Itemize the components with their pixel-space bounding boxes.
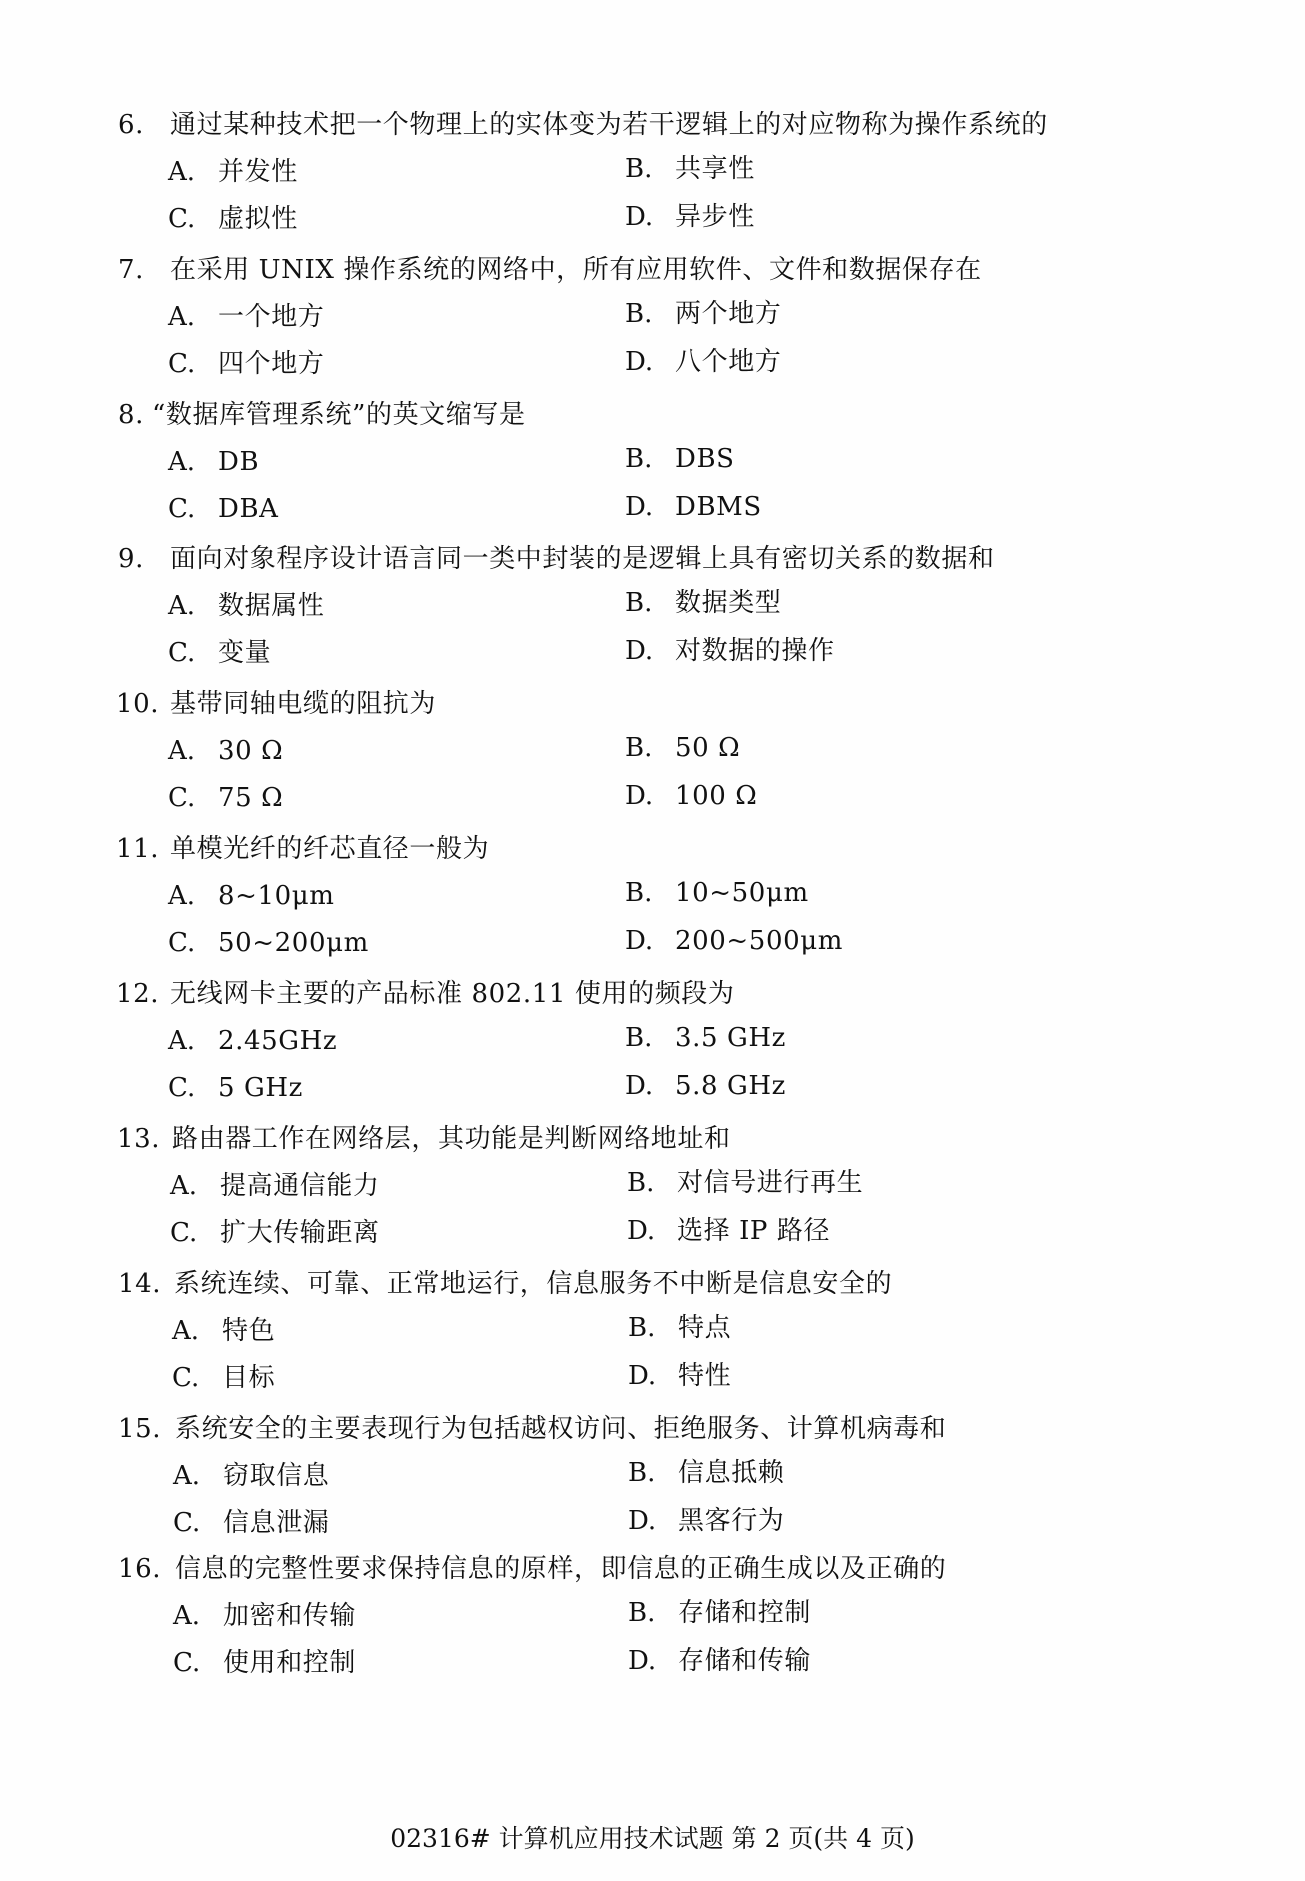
- option-text: 异步性: [675, 197, 755, 237]
- option-text: DB: [218, 442, 259, 482]
- option-letter: B.: [625, 583, 675, 623]
- question-10: 10. 基带同轴电缆的阻抗为 A.30 Ω B.50 Ω C.75 Ω D.10…: [0, 684, 1305, 829]
- option-c: C.虚拟性: [168, 199, 298, 239]
- option-d: D.异步性: [625, 197, 755, 237]
- question-7: 7. 在采用 UNIX 操作系统的网络中，所有应用软件、文件和数据保存在 A.一…: [0, 250, 1305, 395]
- option-letter: D.: [625, 776, 675, 816]
- option-letter: A.: [172, 1311, 222, 1351]
- option-d: D.DBMS: [625, 487, 762, 527]
- option-letter: B.: [627, 1163, 677, 1203]
- option-text: 目标: [222, 1358, 275, 1398]
- option-text: 50 Ω: [675, 728, 740, 768]
- question-number: 16.: [118, 1549, 168, 1589]
- option-text: 选择 IP 路径: [677, 1211, 830, 1251]
- option-c: C.四个地方: [168, 344, 324, 384]
- option-d: D.选择 IP 路径: [627, 1211, 830, 1251]
- option-text: 窃取信息: [223, 1456, 329, 1496]
- option-c: C.5 GHz: [168, 1068, 303, 1108]
- option-letter: A.: [168, 876, 218, 916]
- option-text: 对信号进行再生: [677, 1163, 863, 1203]
- option-letter: B.: [625, 439, 675, 479]
- option-letter: C.: [172, 1358, 222, 1398]
- option-a: A.并发性: [168, 152, 298, 192]
- option-b: B.特点: [628, 1308, 731, 1348]
- option-letter: D.: [625, 631, 675, 671]
- option-text: 5 GHz: [218, 1068, 303, 1108]
- option-a: A.窃取信息: [173, 1456, 329, 1496]
- question-number: 14.: [118, 1264, 168, 1304]
- option-d: D.对数据的操作: [625, 631, 835, 671]
- question-8: 8. “数据库管理系统”的英文缩写是 A.DB B.DBS C.DBA D.DB…: [0, 395, 1305, 540]
- option-letter: D.: [625, 487, 675, 527]
- option-letter: C.: [168, 199, 218, 239]
- option-text: 对数据的操作: [675, 631, 835, 671]
- question-text: “数据库管理系统”的英文缩写是: [152, 395, 526, 435]
- question-number: 13.: [117, 1119, 167, 1159]
- question-12: 12. 无线网卡主要的产品标准 802.11 使用的频段为 A.2.45GHz …: [0, 974, 1305, 1119]
- question-number: 6.: [118, 105, 162, 145]
- option-text: 数据类型: [675, 583, 781, 623]
- option-c: C.扩大传输距离: [170, 1213, 380, 1253]
- option-a: A.提高通信能力: [170, 1166, 380, 1206]
- option-letter: B.: [625, 873, 675, 913]
- option-a: A.2.45GHz: [168, 1021, 337, 1061]
- option-c: C.使用和控制: [173, 1643, 356, 1683]
- option-c: C.变量: [168, 633, 271, 673]
- option-letter: A.: [168, 586, 218, 626]
- question-text: 在采用 UNIX 操作系统的网络中，所有应用软件、文件和数据保存在: [170, 250, 982, 290]
- option-text: 100 Ω: [675, 776, 757, 816]
- question-text: 系统安全的主要表现行为包括越权访问、拒绝服务、计算机病毒和: [175, 1409, 946, 1449]
- option-text: 5.8 GHz: [675, 1066, 786, 1106]
- option-b: B.共享性: [625, 149, 755, 189]
- option-b: B.信息抵赖: [628, 1453, 784, 1493]
- option-letter: C.: [168, 1068, 218, 1108]
- option-c: C.50~200μm: [168, 923, 369, 963]
- option-text: 四个地方: [218, 344, 324, 384]
- question-number: 11.: [116, 829, 166, 869]
- option-letter: A.: [168, 1021, 218, 1061]
- option-text: 特色: [222, 1311, 275, 1351]
- option-d: D.存储和传输: [628, 1641, 811, 1681]
- option-a: A.数据属性: [168, 586, 324, 626]
- question-11: 11. 单模光纤的纤芯直径一般为 A.8~10μm B.10~50μm C.50…: [0, 829, 1305, 974]
- option-letter: C.: [173, 1643, 223, 1683]
- option-letter: D.: [625, 342, 675, 382]
- option-text: 提高通信能力: [220, 1166, 380, 1206]
- option-text: 使用和控制: [223, 1643, 356, 1683]
- page-footer: 02316# 计算机应用技术试题 第 2 页(共 4 页): [0, 1820, 1305, 1858]
- option-text: 特点: [678, 1308, 731, 1348]
- question-text: 面向对象程序设计语言同一类中封装的是逻辑上具有密切关系的数据和: [170, 539, 995, 579]
- option-letter: A.: [168, 731, 218, 771]
- option-b: B.10~50μm: [625, 873, 809, 913]
- option-letter: D.: [628, 1501, 678, 1541]
- question-text: 系统连续、可靠、正常地运行，信息服务不中断是信息安全的: [174, 1264, 892, 1304]
- option-letter: B.: [628, 1453, 678, 1493]
- option-letter: B.: [625, 1018, 675, 1058]
- option-letter: C.: [168, 923, 218, 963]
- exam-page: 6. 通过某种技术把一个物理上的实体变为若干逻辑上的对应物称为操作系统的 A.并…: [0, 0, 1305, 1881]
- option-text: 加密和传输: [223, 1596, 356, 1636]
- option-letter: B.: [628, 1593, 678, 1633]
- option-text: 50~200μm: [218, 923, 369, 963]
- option-letter: B.: [625, 728, 675, 768]
- option-text: 30 Ω: [218, 731, 283, 771]
- option-letter: C.: [168, 489, 218, 529]
- option-text: 信息泄漏: [223, 1503, 329, 1543]
- option-letter: A.: [170, 1166, 220, 1206]
- option-text: 存储和控制: [678, 1593, 811, 1633]
- option-text: 共享性: [675, 149, 755, 189]
- question-text: 单模光纤的纤芯直径一般为: [170, 829, 489, 869]
- option-letter: D.: [628, 1641, 678, 1681]
- option-text: 10~50μm: [675, 873, 809, 913]
- option-text: 两个地方: [675, 294, 781, 334]
- option-letter: C.: [168, 633, 218, 673]
- question-14: 14. 系统连续、可靠、正常地运行，信息服务不中断是信息安全的 A.特色 B.特…: [0, 1264, 1305, 1409]
- option-a: A.30 Ω: [168, 731, 283, 771]
- question-13: 13. 路由器工作在网络层，其功能是判断网络地址和 A.提高通信能力 B.对信号…: [0, 1119, 1305, 1264]
- option-letter: C.: [170, 1213, 220, 1253]
- option-letter: A.: [173, 1456, 223, 1496]
- question-text: 信息的完整性要求保持信息的原样，即信息的正确生成以及正确的: [175, 1549, 946, 1589]
- option-letter: B.: [625, 294, 675, 334]
- option-letter: A.: [168, 297, 218, 337]
- option-letter: C.: [168, 778, 218, 818]
- option-a: A.DB: [168, 442, 259, 482]
- option-letter: B.: [625, 149, 675, 189]
- option-text: DBMS: [675, 487, 762, 527]
- option-text: 3.5 GHz: [675, 1018, 786, 1058]
- option-text: 8~10μm: [218, 876, 335, 916]
- option-d: D.黑客行为: [628, 1501, 784, 1541]
- option-text: 特性: [678, 1356, 731, 1396]
- option-b: B.3.5 GHz: [625, 1018, 786, 1058]
- option-text: 数据属性: [218, 586, 324, 626]
- option-c: C.DBA: [168, 489, 279, 529]
- question-number: 10.: [116, 684, 166, 724]
- option-letter: A.: [168, 442, 218, 482]
- question-9: 9. 面向对象程序设计语言同一类中封装的是逻辑上具有密切关系的数据和 A.数据属…: [0, 539, 1305, 684]
- question-number: 9.: [118, 539, 162, 579]
- option-text: DBA: [218, 489, 279, 529]
- option-text: DBS: [675, 439, 735, 479]
- option-c: C.目标: [172, 1358, 275, 1398]
- question-16: 16. 信息的完整性要求保持信息的原样，即信息的正确生成以及正确的 A.加密和传…: [0, 1549, 1305, 1694]
- question-text: 无线网卡主要的产品标准 802.11 使用的频段为: [170, 974, 735, 1014]
- question-text: 路由器工作在网络层，其功能是判断网络地址和: [172, 1119, 731, 1159]
- option-a: A.加密和传输: [173, 1596, 356, 1636]
- question-text: 基带同轴电缆的阻抗为: [170, 684, 436, 724]
- option-text: 一个地方: [218, 297, 324, 337]
- option-text: 黑客行为: [678, 1501, 784, 1541]
- option-letter: D.: [625, 921, 675, 961]
- option-b: B.50 Ω: [625, 728, 740, 768]
- option-d: D.5.8 GHz: [625, 1066, 786, 1106]
- option-b: B.对信号进行再生: [627, 1163, 863, 1203]
- option-b: B.数据类型: [625, 583, 781, 623]
- option-b: B.DBS: [625, 439, 735, 479]
- option-d: D.八个地方: [625, 342, 781, 382]
- option-text: 八个地方: [675, 342, 781, 382]
- option-b: B.存储和控制: [628, 1593, 811, 1633]
- option-c: C.信息泄漏: [173, 1503, 329, 1543]
- option-letter: A.: [168, 152, 218, 192]
- option-letter: A.: [173, 1596, 223, 1636]
- option-c: C.75 Ω: [168, 778, 283, 818]
- option-text: 扩大传输距离: [220, 1213, 380, 1253]
- option-letter: C.: [168, 344, 218, 384]
- option-letter: D.: [627, 1211, 677, 1251]
- option-text: 并发性: [218, 152, 298, 192]
- option-d: D.200~500μm: [625, 921, 843, 961]
- option-d: D.100 Ω: [625, 776, 757, 816]
- option-letter: D.: [625, 1066, 675, 1106]
- option-letter: D.: [625, 197, 675, 237]
- option-letter: C.: [173, 1503, 223, 1543]
- option-text: 75 Ω: [218, 778, 283, 818]
- option-text: 变量: [218, 633, 271, 673]
- option-text: 信息抵赖: [678, 1453, 784, 1493]
- option-b: B.两个地方: [625, 294, 781, 334]
- option-text: 200~500μm: [675, 921, 843, 961]
- question-number: 15.: [118, 1409, 168, 1449]
- option-letter: B.: [628, 1308, 678, 1348]
- option-text: 存储和传输: [678, 1641, 811, 1681]
- question-number: 7.: [118, 250, 162, 290]
- option-a: A.8~10μm: [168, 876, 335, 916]
- option-a: A.一个地方: [168, 297, 324, 337]
- question-15: 15. 系统安全的主要表现行为包括越权访问、拒绝服务、计算机病毒和 A.窃取信息…: [0, 1409, 1305, 1554]
- option-d: D.特性: [628, 1356, 731, 1396]
- option-text: 2.45GHz: [218, 1021, 337, 1061]
- option-letter: D.: [628, 1356, 678, 1396]
- option-text: 虚拟性: [218, 199, 298, 239]
- question-text: 通过某种技术把一个物理上的实体变为若干逻辑上的对应物称为操作系统的: [170, 105, 1048, 145]
- option-a: A.特色: [172, 1311, 275, 1351]
- question-6: 6. 通过某种技术把一个物理上的实体变为若干逻辑上的对应物称为操作系统的 A.并…: [0, 105, 1305, 250]
- question-number: 12.: [116, 974, 166, 1014]
